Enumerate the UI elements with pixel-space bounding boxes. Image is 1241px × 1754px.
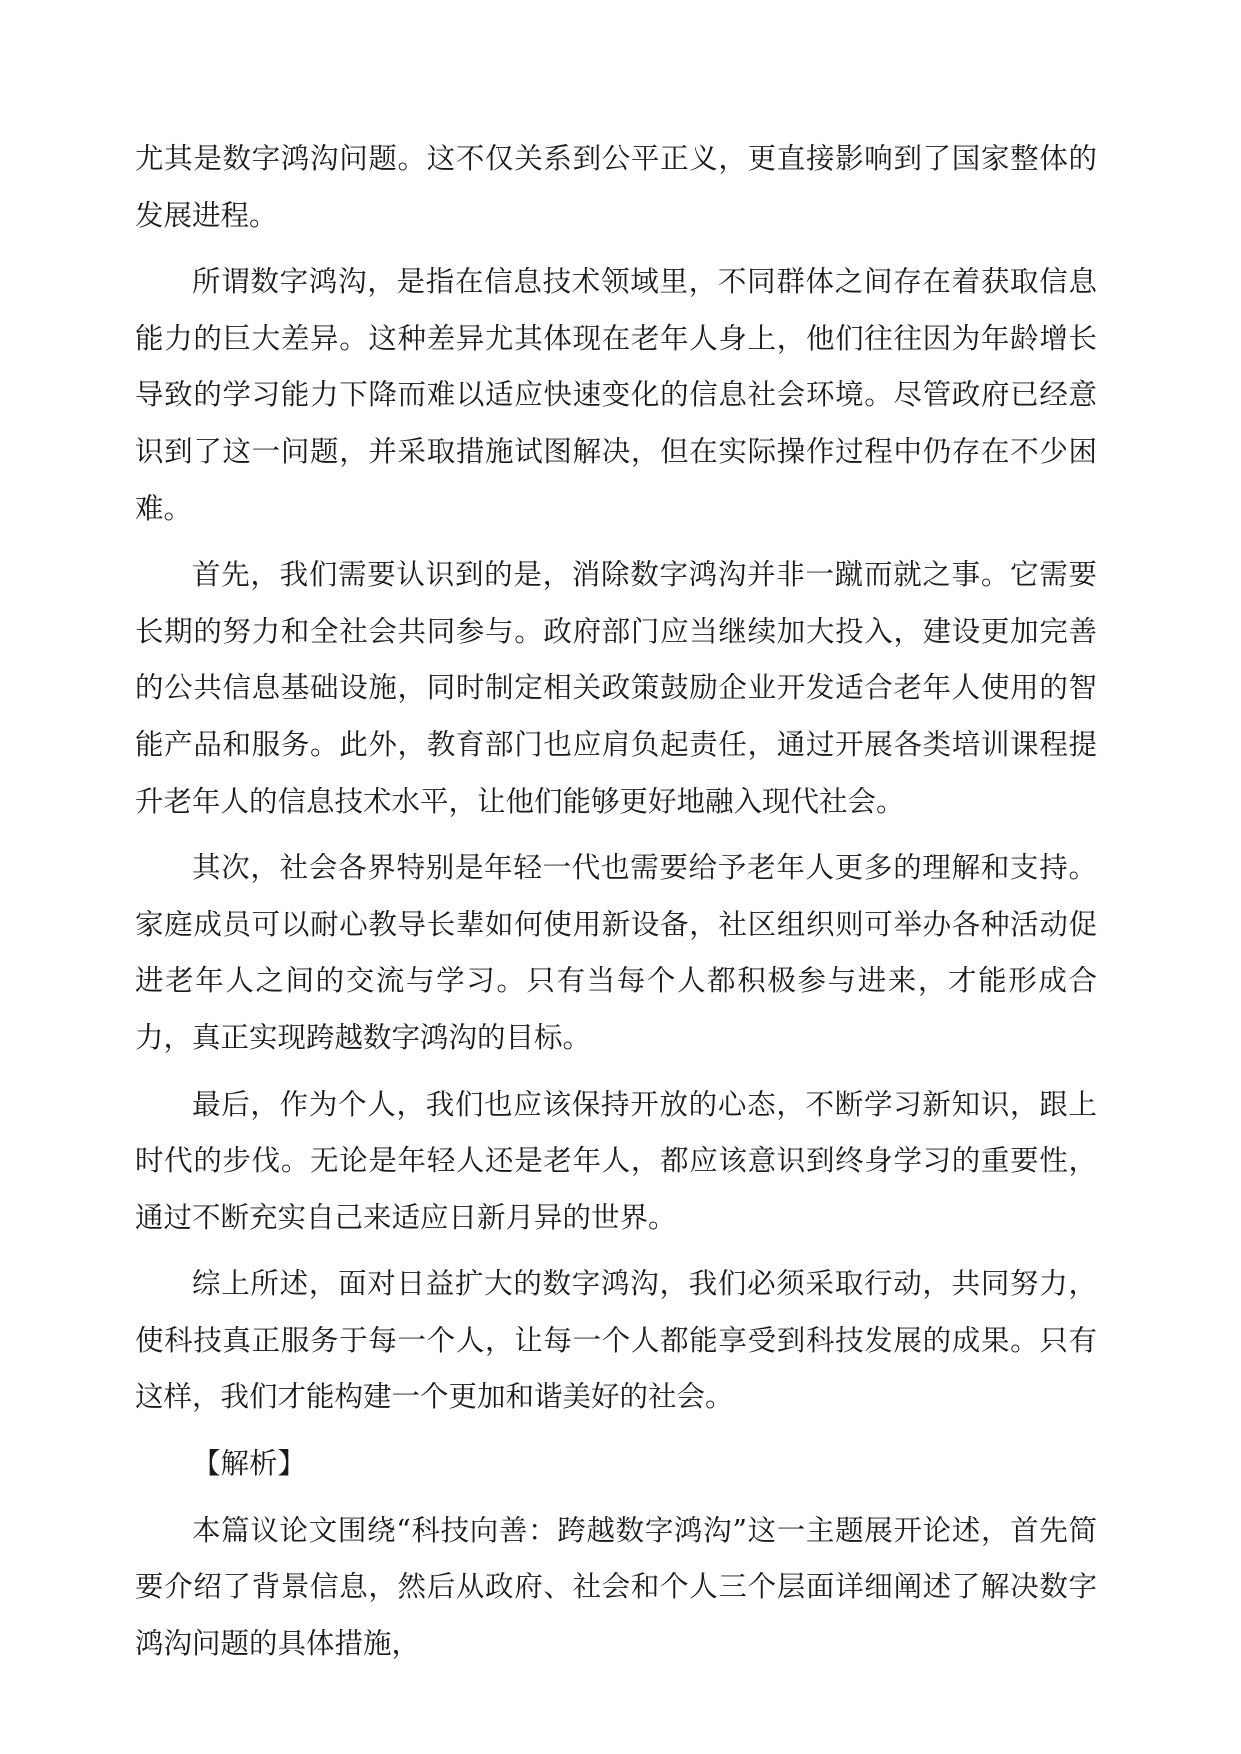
paragraph-analysis: 本篇议论文围绕“科技向善：跨越数字鸿沟”这一主题展开论述，首先简要介绍了背景信息… bbox=[135, 1503, 1097, 1673]
document-page: 尤其是数字鸿沟问题。这不仅关系到公平正义，更直接影响到了国家整体的发展进程。 所… bbox=[135, 131, 1097, 1682]
paragraph-last-individual: 最后，作为个人，我们也应该保持开放的心态，不断学习新知识，跟上时代的步伐。无论是… bbox=[135, 1077, 1097, 1247]
paragraph-digital-divide-definition: 所谓数字鸿沟，是指在信息技术领域里，不同群体之间存在着获取信息能力的巨大差异。这… bbox=[135, 254, 1097, 537]
paragraph-first-government: 首先，我们需要认识到的是，消除数字鸿沟并非一蹴而就之事。它需要长期的努力和全社会… bbox=[135, 547, 1097, 830]
paragraph-conclusion: 综上所述，面对日益扩大的数字鸿沟，我们必须采取行动，共同努力，使科技真正服务于每… bbox=[135, 1256, 1097, 1426]
paragraph-continuation: 尤其是数字鸿沟问题。这不仅关系到公平正义，更直接影响到了国家整体的发展进程。 bbox=[135, 131, 1097, 244]
analysis-heading: 【解析】 bbox=[135, 1436, 1097, 1493]
paragraph-second-society: 其次，社会各界特别是年轻一代也需要给予老年人更多的理解和支持。家庭成员可以耐心教… bbox=[135, 840, 1097, 1066]
